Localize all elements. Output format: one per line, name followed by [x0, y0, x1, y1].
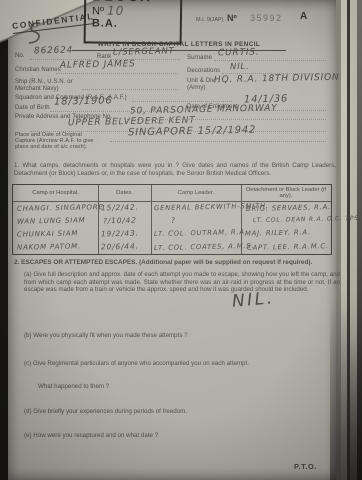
question-2c-text: (c) Give Regimental particulars of anyon… [24, 360, 334, 368]
ba-label: B.A. [92, 17, 174, 30]
series-letter: A [300, 11, 307, 22]
block-number-box: BLOCK Nº 10 B.A. [84, 0, 183, 45]
field-value-decorations: NIL. [230, 62, 250, 72]
field-label-no: No. [15, 53, 25, 60]
field-value-christian-names: ALFRED JAMES [60, 59, 136, 71]
field-label-christian-names: Christian Names [15, 67, 61, 74]
block-number-line: Nº 10 [92, 3, 174, 18]
question-2d-text: (d) Give briefly your experiences during… [24, 408, 334, 416]
table-row-block-leader: BRIG. SERVAES, R.A. [246, 203, 331, 213]
table-row-dates: 15/2/42. [101, 203, 139, 213]
table-row-camp: CHANGI. SINGAPORE [17, 203, 104, 213]
table-row-camp: NAKOM PATOM. [17, 242, 81, 251]
dotted-rule [82, 88, 178, 90]
no-label: Nº [92, 5, 104, 17]
field-label-date-of-birth: Date of Birth [15, 105, 50, 112]
stack-shadow [330, 300, 362, 480]
form-reference: M.I. 9(JAP) [196, 17, 224, 23]
document-photo: CONFIDENTIAL BLOCK Nº 10 B.A. M.I. 9(JAP… [0, 0, 362, 480]
field-value-surname: CURTIS. [218, 48, 260, 59]
table-row-block-leader: CAPT. LEE. R.A.M.C. [247, 242, 329, 252]
table-row-camp: WAN LUNG SIAM [17, 216, 86, 225]
dotted-rule [56, 72, 178, 74]
field-label-decorations: Decorations [187, 68, 220, 75]
question-2b-text: (b) Were you physically fit when you mad… [24, 332, 324, 340]
table-row-block-leader: MAJ. RILEY. R.A. [245, 228, 311, 237]
nil-answer: NIL. [231, 288, 275, 312]
field-label-capture: Place and Date of Original Capture (Airc… [15, 132, 103, 150]
field-value-date-of-birth: 18/3/1906 [54, 95, 113, 107]
table-header-camp: Camp or Hospital. [13, 190, 98, 196]
dotted-rule [124, 118, 326, 120]
table-header-line [13, 201, 331, 202]
table-row-leader: LT. COL. COATES, A.M.S. [154, 242, 255, 252]
table-row-leader: LT. COL. OUTRAM, R.A. [154, 228, 248, 238]
dotted-rule [110, 140, 326, 142]
section-2a-text: (a) Give full description and approx. da… [24, 271, 340, 294]
table-row-dates: ?/10/42 [103, 216, 137, 226]
table-row-dates: 19/2/43. [101, 229, 139, 239]
question-2e-text: (e) How were you recaptured and on what … [24, 432, 334, 440]
camp-table: Camp or Hospital. Dates. Camp Leader. De… [12, 184, 332, 255]
dotted-rule [214, 59, 326, 61]
serial-number-stamp: 35992 [250, 13, 283, 23]
question-2c2-text: What happened to them ? [38, 383, 238, 391]
table-row-dates: 20/6/44. [101, 242, 139, 252]
field-label-surname: Surname [187, 55, 212, 62]
table-header-dates: Dates. [98, 190, 151, 196]
block-number-value: 10 [107, 4, 124, 18]
pto-footer: P.T.O. [294, 462, 317, 471]
table-header-leader: Camp Leader. [151, 190, 241, 196]
section-2-heading: 2. ESCAPES OR ATTEMPTED ESCAPES. (Additi… [14, 259, 344, 267]
serial-no-label: Nº [227, 13, 237, 23]
table-row-camp: CHUNKAI SIAM [17, 229, 78, 238]
table-row-leader: ? [171, 216, 176, 225]
field-value-no: 862624 [34, 46, 73, 57]
question-1-text: 1. What camps, detachments or hospitals … [14, 162, 336, 177]
field-value-rank: L/SERGEANT [113, 46, 175, 57]
dotted-rule [132, 100, 232, 102]
field-label-ship: Ship (R.N., U.S.N. or Merchant Navy) [15, 79, 79, 93]
table-header-block-leader: Detachment or Block Leader (if any). [243, 187, 329, 199]
